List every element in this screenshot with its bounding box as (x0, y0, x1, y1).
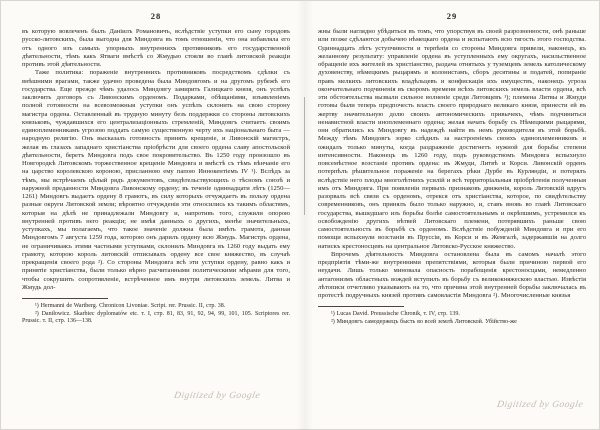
footnote: ¹) Lucas David. Preussische Chronik, т. … (318, 311, 586, 319)
paragraph: Таже политика: пораженіе внутреннихъ про… (22, 69, 290, 292)
footnote: ²) Daniłowicz. Skarbiec dyplomatów etc. … (22, 311, 290, 326)
page-29: 29 жны были наглядно убѣдиться въ томъ, … (305, 1, 595, 430)
footnotes-right: ¹) Lucas David. Preussische Chronik, т. … (318, 311, 586, 326)
page-number-right: 29 (318, 11, 586, 21)
page-number-left: 28 (22, 11, 290, 21)
footnotes-left: ¹) Hermanni de Wartberg. Chronicon Livon… (22, 303, 290, 326)
paragraph: Впрочемъ дѣятельность Миндовга остановле… (318, 251, 586, 301)
paragraph: въ которую вовлеченъ былъ Даніилъ Романо… (22, 28, 290, 69)
paragraph: жны были наглядно убѣдиться въ томъ, что… (318, 28, 586, 251)
footnote: ¹) Hermanni de Wartberg. Chronicon Livon… (22, 303, 290, 311)
footnote-rule-right (318, 306, 404, 307)
footnote: ²) Миндовгъ самодержецъ бысть во всей зе… (318, 319, 586, 327)
book-scan: 28 въ которую вовлеченъ былъ Даніилъ Ром… (0, 0, 600, 430)
body-text-right: жны были наглядно убѣдиться въ томъ, что… (318, 28, 586, 300)
google-watermark: Digitized by Google (496, 400, 584, 410)
google-watermark: Digitized by Google (173, 391, 261, 401)
footnote-rule-left (22, 298, 108, 299)
page-28: 28 въ которую вовлеченъ былъ Даніилъ Ром… (9, 1, 299, 430)
body-text-left: въ которую вовлеченъ былъ Даніилъ Романо… (22, 28, 290, 292)
